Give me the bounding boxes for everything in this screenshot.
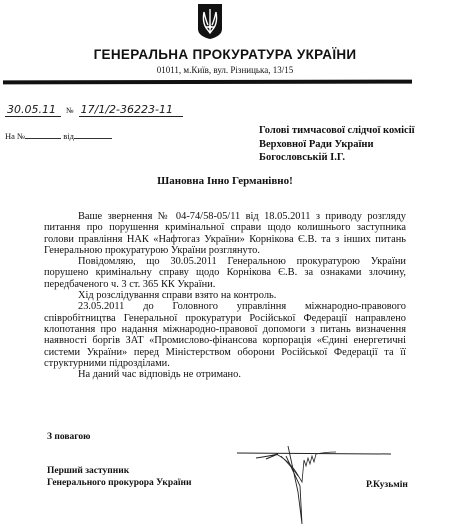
body-paragraph: Повідомляю, що 30.05.2011 Генеральною пр… <box>44 256 406 290</box>
signer-name: Р.Кузьмін <box>366 480 408 490</box>
signer-title-line: Перший заступник <box>47 465 191 477</box>
signer-title: Перший заступник Генерального прокурора … <box>47 465 191 489</box>
outgoing-number: 17/1/2-36223-11 <box>79 103 183 117</box>
letter-body: Ваше звернення № 04-74/58-05/11 від 18.0… <box>44 211 406 380</box>
recipient-block: Голові тимчасової слідчої комісії Верхов… <box>259 124 415 165</box>
recipient-line: Богословській І.Г. <box>259 151 415 165</box>
number-label: № <box>66 106 74 115</box>
recipient-line: Верховної Ради України <box>259 138 415 152</box>
incoming-from-label: від <box>63 131 74 141</box>
salutation: Шановна Інно Германівно! <box>0 175 450 187</box>
body-paragraph: Хід розслідування справи взято на контро… <box>44 290 406 301</box>
letterhead-divider <box>3 80 412 85</box>
closing-phrase: З повагою <box>47 432 90 442</box>
incoming-number-label: На № <box>5 131 25 141</box>
incoming-number-blank <box>25 130 61 139</box>
incoming-date-blank <box>74 130 112 139</box>
recipient-line: Голові тимчасової слідчої комісії <box>259 124 415 138</box>
organization-title: ГЕНЕРАЛЬНА ПРОКУРАТУРА УКРАЇНИ <box>0 47 450 62</box>
body-paragraph: На даний час відповідь не отримано. <box>44 369 406 380</box>
incoming-registration: На № від <box>5 130 112 141</box>
organization-address: 01011, м.Київ, вул. Різницька, 13/15 <box>0 65 450 75</box>
body-paragraph: Ваше звернення № 04-74/58-05/11 від 18.0… <box>44 211 406 256</box>
outgoing-registration: 30.05.11 № 17/1/2-36223-11 <box>5 102 183 118</box>
trident-coat-of-arms-icon <box>197 3 223 40</box>
body-paragraph: 23.05.2011 до Головного управління міжна… <box>44 301 406 369</box>
outgoing-date: 30.05.11 <box>5 103 61 117</box>
signer-title-line: Генерального прокурора України <box>47 477 191 489</box>
